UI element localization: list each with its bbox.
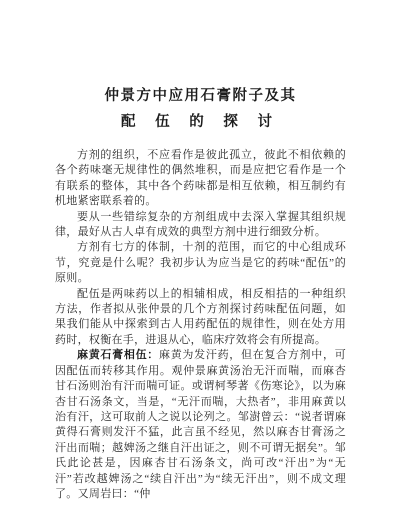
paragraph-5-text: 麻黄为发汗药，但在复合方剂中，可因配伍而转移其作用。观仲景麻黄汤治无汗而喘，而麻… xyxy=(55,349,346,500)
page-title: 仲景方中应用石膏附子及其 配 伍 的 探 讨 xyxy=(55,86,346,132)
title-line-1: 仲景方中应用石膏附子及其 xyxy=(55,86,346,106)
paragraph-4: 配伍是两味药以上的相辅相成，相反相拮的一种组织方法，作者拟从张仲景的几个方剂探讨… xyxy=(55,287,346,349)
paragraph-3: 方剂有七方的体制，十剂的范围，而它的中心组成环节，究竟是什么呢？我初步认为应当是… xyxy=(55,240,346,286)
paragraph-2-text: 要从一些错综复杂的方剂组成中去深入掌握其组织规律，最好从古人卓有成效的典型方剂中… xyxy=(55,211,346,238)
paragraph-3-text: 方剂有七方的体制，十剂的范围，而它的中心组成环节，究竟是什么呢？我初步认为应当是… xyxy=(55,241,346,284)
paragraph-4-text: 配伍是两味药以上的相辅相成，相反相拮的一种组织方法，作者拟从张仲景的几个方剂探讨… xyxy=(55,288,346,346)
paragraph-5-lead: 麻黄石膏相伍： xyxy=(77,349,159,361)
body-text: 方剂的组织，不应看作是彼此孤立，彼此不相依赖的各个药味毫无规律性的偶然堆积，而是… xyxy=(55,148,346,502)
scanned-book-page: 仲景方中应用石膏附子及其 配 伍 的 探 讨 方剂的组织，不应看作是彼此孤立，彼… xyxy=(0,0,398,513)
paragraph-1: 方剂的组织，不应看作是彼此孤立，彼此不相依赖的各个药味毫无规律性的偶然堆积，而是… xyxy=(55,148,346,210)
paragraph-1-text: 方剂的组织，不应看作是彼此孤立，彼此不相依赖的各个药味毫无规律性的偶然堆积，而是… xyxy=(55,149,346,207)
paragraph-2: 要从一些错综复杂的方剂组成中去深入掌握其组织规律，最好从古人卓有成效的典型方剂中… xyxy=(55,210,346,241)
paragraph-5: 麻黄石膏相伍：麻黄为发汗药，但在复合方剂中，可因配伍而转移其作用。观仲景麻黄汤治… xyxy=(55,348,346,502)
title-line-2: 配 伍 的 探 讨 xyxy=(55,112,346,132)
